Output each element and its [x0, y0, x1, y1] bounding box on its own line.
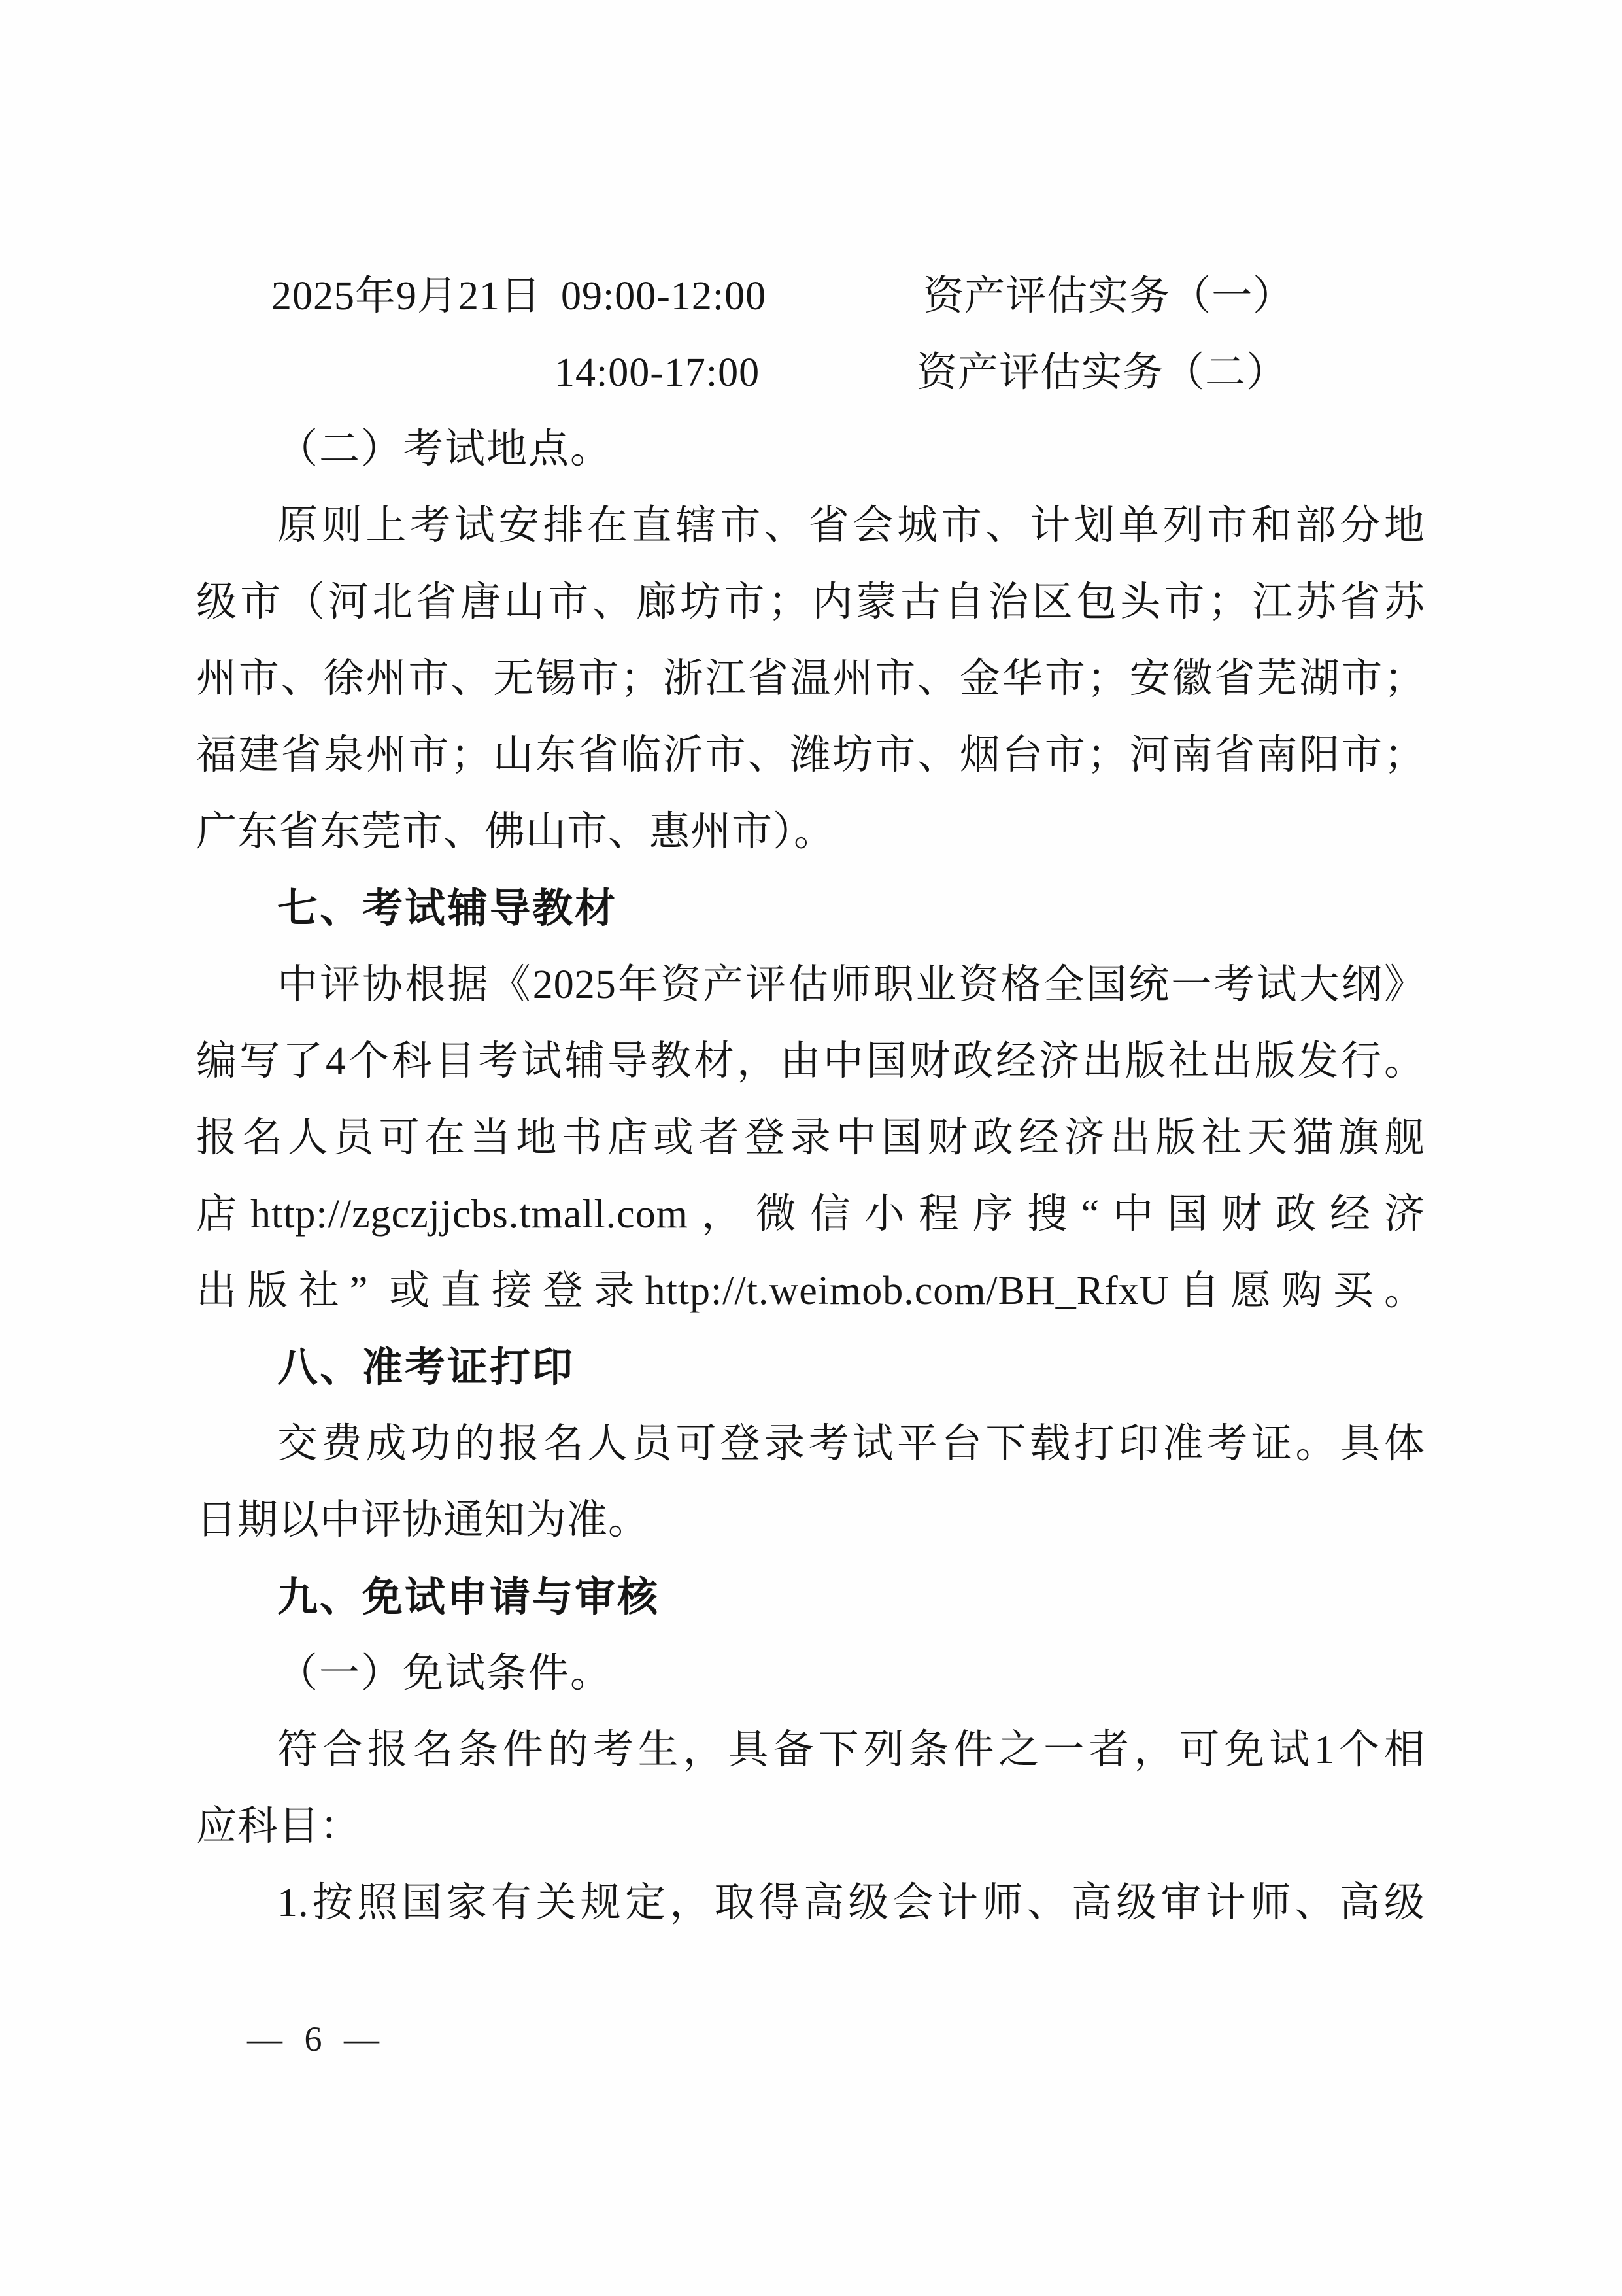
body-line: 符合报名条件的考生，具备下列条件之一者，可免试1个相 [196, 1712, 1425, 1789]
body-line-url-tmall: 店http://zgczjjcbs.tmall.com，微信小程序搜“中国财政经… [196, 1176, 1425, 1253]
session-2-time: 14:00-17:00 [554, 335, 760, 411]
text-block: 2025年9月21日 09:00-12:00 资产评估实务（一） 14:00-1… [196, 258, 1425, 1942]
section-heading-9-exemption: 九、免试申请与审核 [196, 1559, 1425, 1636]
subsection-label-exam-location: （二）考试地点。 [196, 411, 1425, 488]
section-heading-8-admission-ticket: 八、准考证打印 [196, 1329, 1425, 1406]
session-1-subject: 资产评估实务（一） [923, 258, 1294, 335]
body-line: 广东省东莞市、佛山市、惠州市）。 [196, 794, 1425, 870]
body-line: 原则上考试安排在直辖市、省会城市、计划单列市和部分地 [196, 488, 1425, 564]
body-line: 报名人员可在当地书店或者登录中国财政经济出版社天猫旗舰 [196, 1100, 1425, 1176]
subsection-label-exemption-conditions: （一）免试条件。 [196, 1636, 1425, 1712]
session-1-time: 09:00-12:00 [561, 258, 766, 335]
body-line: 中评协根据《2025年资产评估师职业资格全国统一考试大纲》 [196, 947, 1425, 1023]
body-line: 交费成功的报名人员可登录考试平台下载打印准考证。具体 [196, 1406, 1425, 1482]
body-line: 级市（河北省唐山市、廊坊市；内蒙古自治区包头市；江苏省苏 [196, 564, 1425, 641]
body-line: 应科目： [196, 1789, 1425, 1865]
body-line: 福建省泉州市；山东省临沂市、潍坊市、烟台市；河南省南阳市； [196, 717, 1425, 794]
session-2-subject: 资产评估实务（二） [917, 335, 1287, 411]
page-number: — 6 — [247, 2013, 386, 2065]
schedule-row-1: 2025年9月21日 09:00-12:00 资产评估实务（一） [196, 258, 1425, 335]
section-heading-7-exam-materials: 七、考试辅导教材 [196, 870, 1425, 947]
body-line: 日期以中评协通知为准。 [196, 1482, 1425, 1559]
body-line: 州市、徐州市、无锡市；浙江省温州市、金华市；安徽省芜湖市； [196, 641, 1425, 717]
body-line: 编写了4个科目考试辅导教材，由中国财政经济出版社出版发行。 [196, 1023, 1425, 1100]
exam-date: 2025年9月21日 [271, 258, 541, 335]
schedule-row-2: 14:00-17:00 资产评估实务（二） [196, 335, 1425, 411]
document-page: 2025年9月21日 09:00-12:00 资产评估实务（一） 14:00-1… [0, 0, 1622, 2296]
body-line-item-1: 1.按照国家有关规定，取得高级会计师、高级审计师、高级 [196, 1865, 1425, 1942]
body-line-url-weimob: 出版社” 或直接登录http://t.weimob.com/BH_RfxU自愿购… [196, 1253, 1425, 1329]
